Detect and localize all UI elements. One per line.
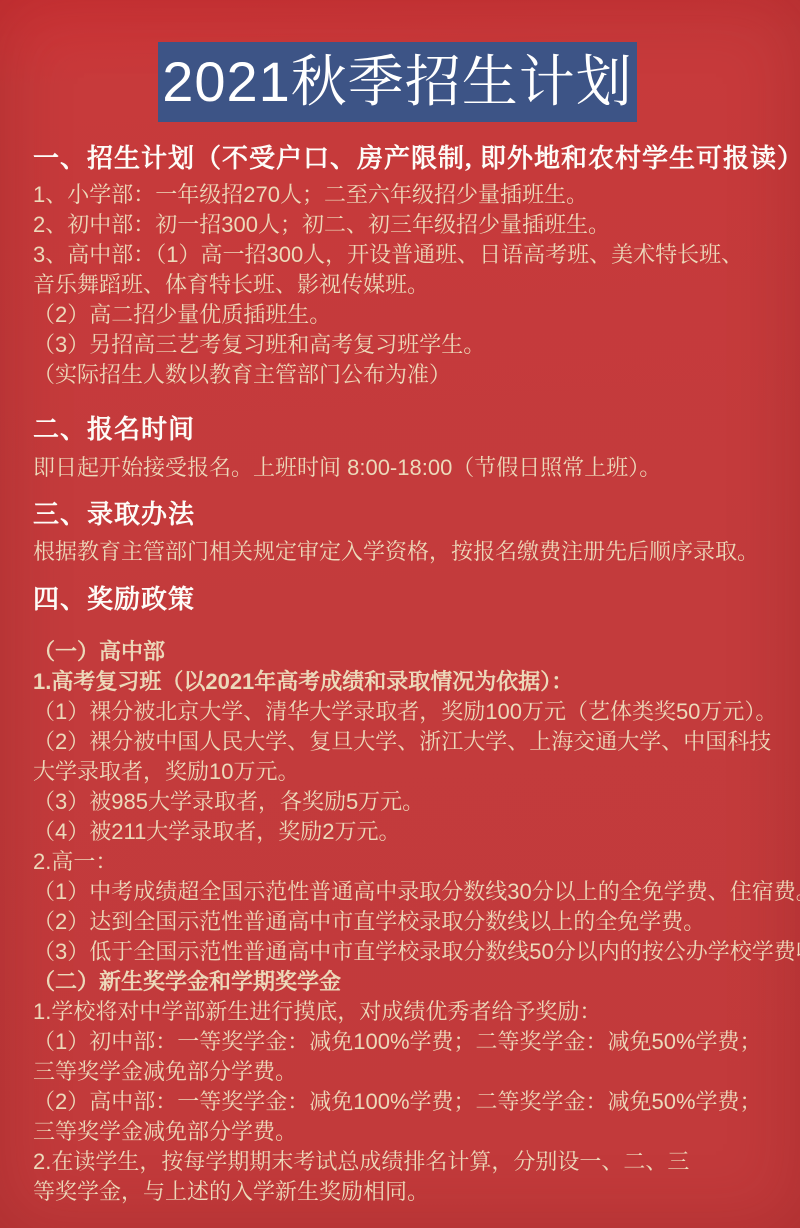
body-line: （3）另招高三艺考复习班和高考复习班学生。: [33, 330, 778, 360]
body-line: （1）裸分被北京大学、清华大学录取者，奖励100万元（艺体类奖50万元）。: [33, 697, 778, 727]
body-line: 2、初中部：初一招300人；初二、初三年级招少量插班生。: [33, 210, 778, 240]
section-heading-registration-time: 二、报名时间: [33, 414, 770, 446]
body-line: （2）高二招少量优质插班生。: [33, 300, 778, 330]
enrollment-poster: 2021秋季招生计划 一、招生计划（不受户口、房产限制, 即外地和农村学生可报读…: [0, 0, 800, 1228]
body-line: （3）被985大学录取者，各奖励5万元。: [33, 787, 778, 817]
body-line: 三等奖学金减免部分学费。: [33, 1057, 778, 1087]
body-line: 2.高一：: [33, 847, 778, 877]
body-line: （一）高中部: [33, 637, 778, 667]
body-line: 3、高中部：（1）高一招300人，开设普通班、日语高考班、美术特长班、: [33, 240, 778, 270]
section-heading-enrollment-plan: 一、招生计划（不受户口、房产限制, 即外地和农村学生可报读）: [33, 143, 770, 175]
body-line: （1）中考成绩超全国示范性普通高中录取分数线30分以上的全免学费、住宿费。: [33, 877, 778, 907]
poster-title: 2021秋季招生计划: [162, 54, 633, 110]
title-banner: 2021秋季招生计划: [158, 42, 637, 122]
body-line: 1、小学部：一年级招270人；二至六年级招少量插班生。: [33, 180, 778, 210]
body-line: 三等奖学金减免部分学费。: [33, 1117, 778, 1147]
body-line: 1.高考复习班（以2021年高考成绩和录取情况为依据）：: [33, 667, 778, 697]
section-heading-reward-policy: 四、奖励政策: [33, 584, 770, 616]
section-body-reward-policy: （一）高中部 1.高考复习班（以2021年高考成绩和录取情况为依据）： （1）裸…: [33, 637, 778, 1207]
section-body-registration-time: 即日起开始接受报名。上班时间 8:00-18:00（节假日照常上班）。: [33, 453, 778, 483]
body-line: 根据教育主管部门相关规定审定入学资格，按报名缴费注册先后顺序录取。: [33, 537, 778, 567]
body-line: （2）裸分被中国人民大学、复旦大学、浙江大学、上海交通大学、中国科技: [33, 727, 778, 757]
body-line: 1.学校将对中学部新生进行摸底，对成绩优秀者给予奖励：: [33, 997, 778, 1027]
section-heading-admission-method: 三、录取办法: [33, 499, 770, 531]
body-line: （实际招生人数以教育主管部门公布为准）: [33, 360, 778, 390]
body-line: （3）低于全国示范性普通高中市直学校录取分数线50分以内的按公办学校学费收费。: [33, 937, 778, 967]
body-line: 2.在读学生，按每学期期末考试总成绩排名计算，分别设一、二、三: [33, 1147, 778, 1177]
section-body-admission-method: 根据教育主管部门相关规定审定入学资格，按报名缴费注册先后顺序录取。: [33, 537, 778, 567]
body-line: 大学录取者，奖励10万元。: [33, 757, 778, 787]
body-line: 等奖学金，与上述的入学新生奖励相同。: [33, 1177, 778, 1207]
body-line: （2）高中部：一等奖学金：减免100%学费；二等奖学金：减免50%学费；: [33, 1087, 778, 1117]
body-line: （二）新生奖学金和学期奖学金: [33, 967, 778, 997]
body-line: （1）初中部：一等奖学金：减免100%学费；二等奖学金：减免50%学费；: [33, 1027, 778, 1057]
body-line: （4）被211大学录取者，奖励2万元。: [33, 817, 778, 847]
section-body-enrollment-plan: 1、小学部：一年级招270人；二至六年级招少量插班生。 2、初中部：初一招300…: [33, 180, 778, 390]
body-line: （2）达到全国示范性普通高中市直学校录取分数线以上的全免学费。: [33, 907, 778, 937]
body-line: 音乐舞蹈班、体育特长班、影视传媒班。: [33, 270, 778, 300]
body-line: 即日起开始接受报名。上班时间 8:00-18:00（节假日照常上班）。: [33, 453, 778, 483]
